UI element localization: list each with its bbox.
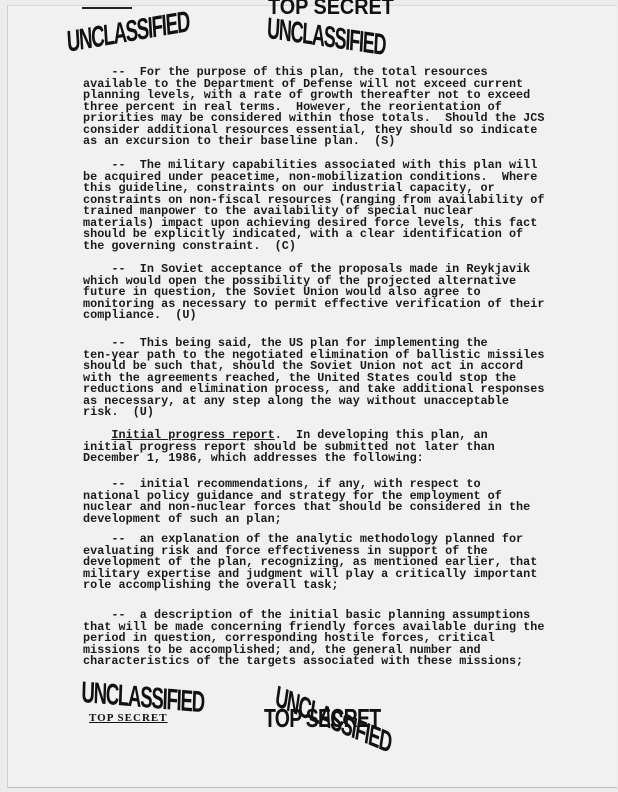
text-line: role accomplishing the overall task;	[83, 579, 339, 591]
text-line: the governing constraint. (C)	[83, 240, 296, 252]
stamp-top-secret-bottom-left: TOP SECRET	[89, 712, 168, 724]
text-line: December 1, 1986, which addresses the fo…	[83, 452, 424, 464]
text-line: risk. (U)	[83, 406, 154, 418]
top-rule	[82, 7, 132, 9]
text-line: development of such an plan;	[83, 513, 282, 525]
text-line: as an excursion to their baseline plan. …	[83, 135, 395, 147]
text-line: characteristics of the targets associate…	[83, 655, 523, 667]
text-line: compliance. (U)	[83, 309, 197, 321]
